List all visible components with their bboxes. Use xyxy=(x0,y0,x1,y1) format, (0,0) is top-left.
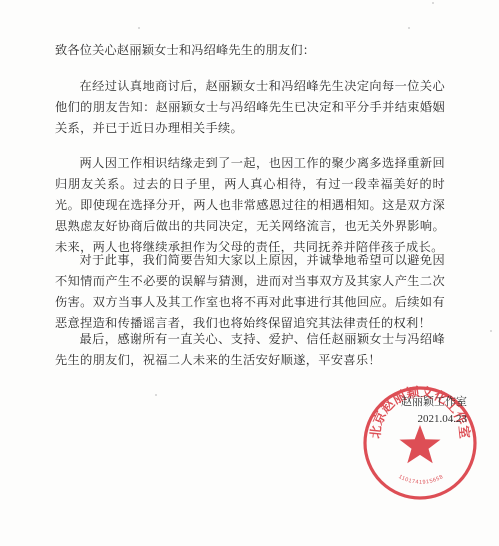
scan-speck xyxy=(432,2,434,4)
letter-paragraph-3: 对于此事，我们简要告知大家以上原因，并诚挚地希望可以避免因不知情而产生不必要的误… xyxy=(55,250,445,334)
scan-speck xyxy=(155,394,157,396)
svg-text:1101741915658: 1101741915658 xyxy=(397,474,444,486)
letter-paragraph-2: 两人因工作相识结缘走到了一起，也因工作的聚少离多选择重新回归朋友关系。过去的日子… xyxy=(55,153,445,258)
letter-paragraph-4: 最后，感谢所有一直关心、支持、爱护、信任赵丽颖女士与冯绍峰先生的朋友们，祝福二人… xyxy=(55,329,445,371)
scan-speck xyxy=(490,330,492,332)
signature-date: 2021.04.23 xyxy=(393,411,467,428)
scan-speck xyxy=(138,27,140,29)
scan-speck xyxy=(408,27,410,29)
letter-paragraph-1: 在经过认真地商讨后，赵丽颖女士和冯绍峰先生决定向每一位关心他们的朋友告知：赵丽颖… xyxy=(55,76,445,139)
star-icon xyxy=(400,425,441,463)
seal-serial: 1101741915658 xyxy=(397,474,444,486)
signature-studio-name: 赵丽颖工作室 xyxy=(401,395,467,408)
letter-page: 致各位关心赵丽颖女士和冯绍峰先生的朋友们： 在经过认真地商讨后，赵丽颖女士和冯绍… xyxy=(0,0,499,546)
letter-signature: 赵丽颖工作室 2021.04.23 xyxy=(393,393,467,428)
letter-salutation: 致各位关心赵丽颖女士和冯绍峰先生的朋友们： xyxy=(55,40,315,60)
